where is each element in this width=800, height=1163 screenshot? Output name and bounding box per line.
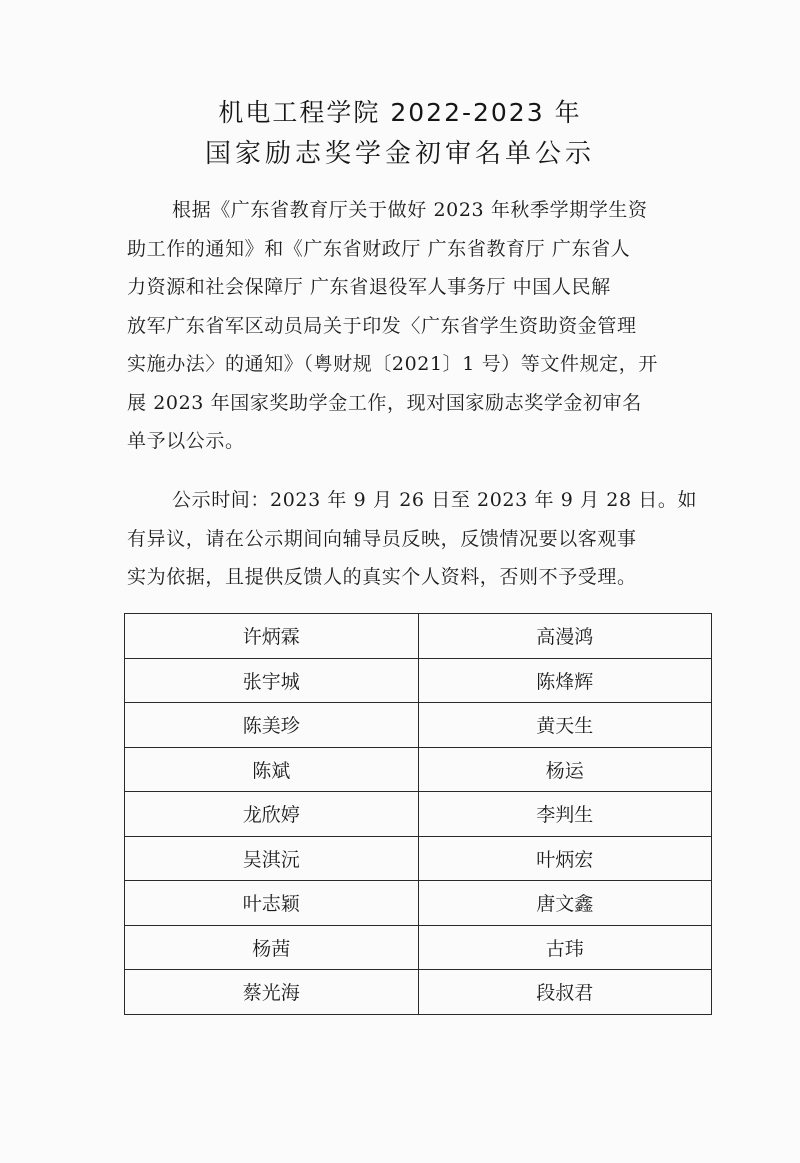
document-title-line2: 国家励志奖学金初审名单公示 (0, 133, 800, 170)
name-cell: 龙欣婷 (125, 792, 419, 837)
notice-paragraph-basis: 根据《广东省教育厅关于做好 2023 年秋季学期学生资 助工作的通知》和《广东省… (127, 191, 707, 461)
paragraph-line: 有异议，请在公示期间向辅导员反映，反馈情况要以客观事 (127, 520, 707, 559)
table-row: 龙欣婷 李判生 (125, 792, 712, 837)
name-cell: 高漫鸿 (418, 614, 712, 659)
paragraph-line: 实为依据，且提供反馈人的真实个人资料，否则不予受理。 (127, 558, 707, 597)
name-cell: 李判生 (418, 792, 712, 837)
name-cell: 陈烽辉 (418, 658, 712, 703)
table-row: 陈美珍 黄天生 (125, 703, 712, 748)
table-row: 叶志颖 唐文鑫 (125, 881, 712, 926)
paragraph-line: 助工作的通知》和《广东省财政厅 广东省教育厅 广东省人 (127, 230, 707, 269)
name-cell: 叶炳宏 (418, 836, 712, 881)
name-cell: 唐文鑫 (418, 881, 712, 926)
name-cell: 陈斌 (125, 747, 419, 792)
paragraph-line: 根据《广东省教育厅关于做好 2023 年秋季学期学生资 (127, 191, 707, 230)
name-cell: 吴淇沅 (125, 836, 419, 881)
paragraph-line: 实施办法〉的通知》（粤财规〔2021〕1 号）等文件规定，开 (127, 345, 707, 384)
notice-paragraph-period: 公示时间：2023 年 9 月 26 日至 2023 年 9 月 28 日。如 … (127, 481, 707, 597)
names-table: 许炳霖 高漫鸿 张宇城 陈烽辉 陈美珍 黄天生 陈斌 杨运 龙欣婷 李判生 吴淇… (124, 613, 712, 1015)
table-row: 蔡光海 段叔君 (125, 970, 712, 1015)
paragraph-line: 力资源和社会保障厅 广东省退役军人事务厅 中国人民解 (127, 268, 707, 307)
table-row: 陈斌 杨运 (125, 747, 712, 792)
paragraph-line: 单予以公示。 (127, 422, 707, 461)
name-cell: 段叔君 (418, 970, 712, 1015)
name-cell: 许炳霖 (125, 614, 419, 659)
paragraph-line: 展 2023 年国家奖助学金工作，现对国家励志奖学金初审名 (127, 384, 707, 423)
name-cell: 古玮 (418, 925, 712, 970)
name-cell: 杨茜 (125, 925, 419, 970)
document-title-line1: 机电工程学院 2022-2023 年 (0, 93, 800, 129)
table-row: 吴淇沅 叶炳宏 (125, 836, 712, 881)
table-row: 张宇城 陈烽辉 (125, 658, 712, 703)
table-row: 许炳霖 高漫鸿 (125, 614, 712, 659)
name-cell: 叶志颖 (125, 881, 419, 926)
document-page: 机电工程学院 2022-2023 年 国家励志奖学金初审名单公示 根据《广东省教… (0, 0, 800, 1163)
name-cell: 黄天生 (418, 703, 712, 748)
table-row: 杨茜 古玮 (125, 925, 712, 970)
name-cell: 蔡光海 (125, 970, 419, 1015)
paragraph-line: 放军广东省军区动员局关于印发〈广东省学生资助资金管理 (127, 307, 707, 346)
paragraph-line: 公示时间：2023 年 9 月 26 日至 2023 年 9 月 28 日。如 (127, 481, 707, 520)
name-cell: 杨运 (418, 747, 712, 792)
name-cell: 张宇城 (125, 658, 419, 703)
name-cell: 陈美珍 (125, 703, 419, 748)
